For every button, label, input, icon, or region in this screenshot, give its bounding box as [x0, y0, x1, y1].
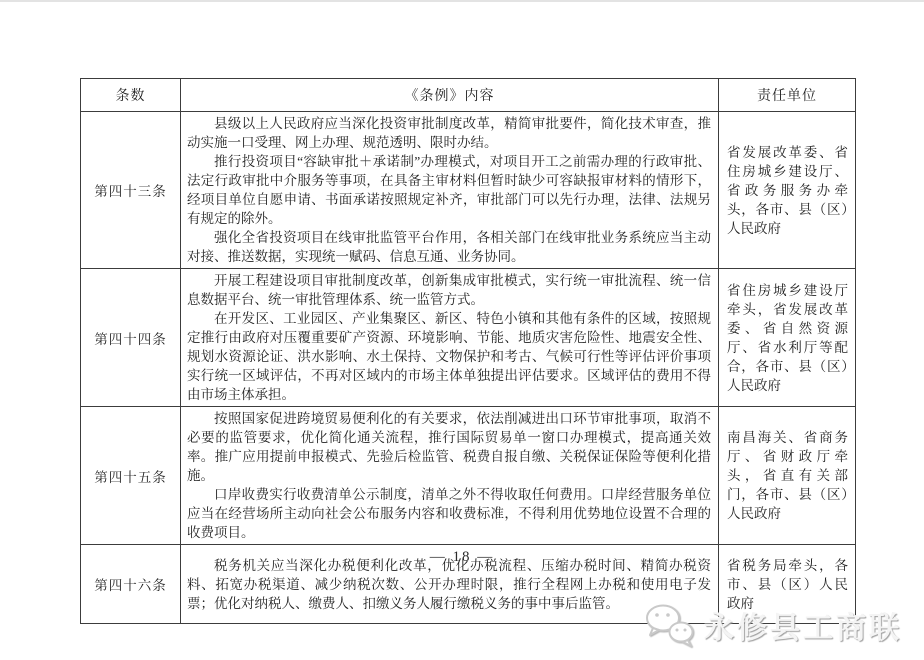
content-paragraph: 强化全省投资项目在线审批监管平台作用，各相关部门在线审批业务系统应当主动对接、推…: [187, 228, 711, 266]
content-paragraph: 开展工程建设项目审批制度改革，创新集成审批模式，实行统一审批流程、统一信息数据平…: [187, 271, 711, 309]
table-header-row: 条数 《条例》内容 责任单位: [81, 79, 856, 112]
responsible-unit: 南昌海关、省商务厅、省财政厅牵头，省直有关部门，各市、县（区）人民政府: [719, 407, 856, 545]
column-header-regulation-content: 《条例》内容: [181, 79, 719, 112]
content-paragraph: 县级以上人民政府应当深化投资审批制度改革，精简审批要件，简化技术审查，推动实施一…: [187, 114, 711, 152]
content-paragraph: 在开发区、工业园区、产业集聚区、新区、特色小镇和其他有条件的区域，按照规定推行由…: [187, 309, 711, 404]
scanned-document-page: 条数 《条例》内容 责任单位 第四十三条 县级以上人民政府应当深化投资审批制度改…: [0, 0, 924, 660]
regulation-content: 开展工程建设项目审批制度改革，创新集成审批模式，实行统一审批流程、统一信息数据平…: [181, 269, 719, 407]
table-row-article-45: 第四十五条 按照国家促进跨境贸易便利化的有关要求，依法削减进出口环节审批事项，取…: [81, 407, 856, 545]
article-number: 第四十四条: [81, 269, 181, 407]
regulation-table: 条数 《条例》内容 责任单位 第四十三条 县级以上人民政府应当深化投资审批制度改…: [80, 78, 856, 624]
responsible-unit: 省发展改革委、省住房城乡建设厅、省政务服务办牵头，各市、县（区）人民政府: [719, 112, 856, 269]
column-header-article-number: 条数: [81, 79, 181, 112]
content-paragraph: 口岸收费实行收费清单公示制度，清单之外不得收取任何费用。口岸经营服务单位应当在经…: [187, 485, 711, 542]
scan-edge-artifact: [0, 0, 924, 2]
article-number: 第四十三条: [81, 112, 181, 269]
regulation-content: 按照国家促进跨境贸易便利化的有关要求，依法削减进出口环节审批事项，取消不必要的监…: [181, 407, 719, 545]
column-header-responsible-unit: 责任单位: [719, 79, 856, 112]
content-paragraph: 按照国家促进跨境贸易便利化的有关要求，依法削减进出口环节审批事项，取消不必要的监…: [187, 409, 711, 485]
wechat-chat-bubbles-icon: [644, 602, 696, 648]
content-paragraph: 推行投资项目“容缺审批＋承诺制”办理模式，对项目开工之前需办理的行政审批、法定行…: [187, 152, 711, 228]
table-row-article-43: 第四十三条 县级以上人民政府应当深化投资审批制度改革，精简审批要件，简化技术审查…: [81, 112, 856, 269]
article-number: 第四十五条: [81, 407, 181, 545]
watermark-text: 永修县工商联: [704, 603, 902, 647]
watermark: 永修县工商联: [644, 602, 902, 648]
table-row-article-44: 第四十四条 开展工程建设项目审批制度改革，创新集成审批模式，实行统一审批流程、统…: [81, 269, 856, 407]
responsible-unit: 省住房城乡建设厅牵头，省发展改革委、省自然资源厅、省水利厅等配合，各市、县（区）…: [719, 269, 856, 407]
regulation-content: 县级以上人民政府应当深化投资审批制度改革，精简审批要件，简化技术审查，推动实施一…: [181, 112, 719, 269]
page-number: — 18 —: [0, 549, 924, 566]
